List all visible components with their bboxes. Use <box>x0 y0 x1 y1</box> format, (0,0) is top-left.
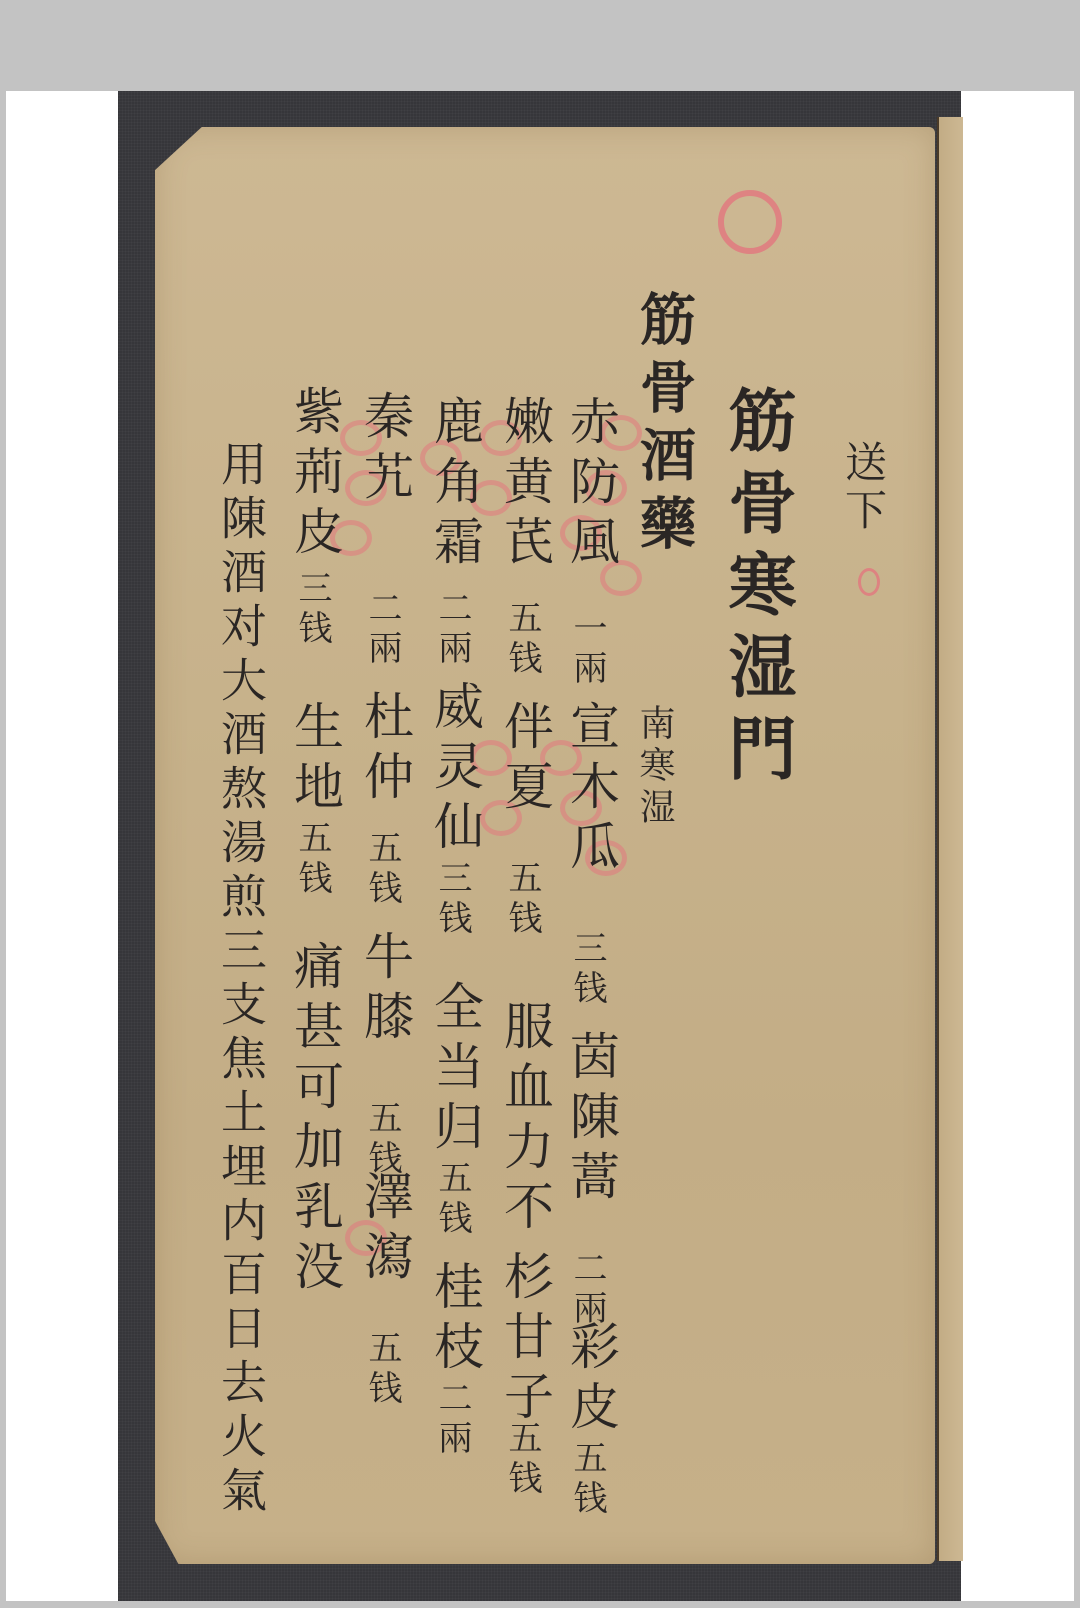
page-title: 筋骨寒湿門 <box>723 385 791 795</box>
ingredient: 威灵仙 <box>430 680 480 860</box>
section-heading: 筋骨酒藥 <box>636 290 692 562</box>
red-circle-seal-icon <box>718 190 782 254</box>
ingredient: 伴夏 <box>500 700 550 820</box>
ingredient: 彩皮 <box>566 1320 616 1440</box>
ingredient-qty: 三钱 <box>570 930 604 1010</box>
ingredient-qty: 二兩 <box>435 1380 469 1460</box>
ingredient: 紫荊皮 <box>290 385 340 565</box>
page-binding-fold <box>937 117 963 1561</box>
ingredient: 宣木瓜 <box>566 700 616 880</box>
ingredient-qty: 二兩 <box>570 1250 604 1330</box>
ingredient: 鹿角霜 <box>430 395 480 575</box>
ingredient: 茵陳蒿 <box>566 1030 616 1210</box>
ingredient: 澤瀉 <box>360 1170 410 1290</box>
red-small-seal-icon <box>858 568 880 596</box>
ingredient: 全当归 <box>430 980 480 1160</box>
ingredient: 杜仲 <box>360 690 410 810</box>
section-subheading: 南寒湿 <box>636 704 672 830</box>
ingredient: 赤防風 <box>566 395 616 575</box>
ingredient-qty: 五钱 <box>435 1160 469 1240</box>
ingredient-qty: 五钱 <box>505 860 539 940</box>
ingredient: 嫩黄芪 <box>500 395 550 575</box>
ingredient: 生地 <box>290 700 340 820</box>
ingredient: 杉甘子 <box>500 1250 550 1430</box>
ingredient-qty: 二兩 <box>365 590 399 670</box>
ingredient-qty: 三钱 <box>295 570 329 650</box>
ingredient-qty: 二兩 <box>435 590 469 670</box>
preparation-instructions: 用陳酒对大酒熬湯煎三支焦土埋内百日去火氣 <box>218 440 264 1520</box>
ingredient: 桂枝 <box>430 1260 480 1380</box>
ingredient-qty: 五钱 <box>570 1440 604 1520</box>
ingredient-qty: 五钱 <box>295 820 329 900</box>
ingredient-qty: 一兩 <box>570 610 604 690</box>
margin-note: 送下 <box>842 440 884 536</box>
ingredient-qty: 五钱 <box>505 600 539 680</box>
ingredient-qty: 五钱 <box>365 1330 399 1410</box>
ingredient-qty: 五钱 <box>505 1420 539 1500</box>
ingredient: 秦艽 <box>360 390 410 510</box>
ingredient-qty: 五钱 <box>365 1100 399 1180</box>
ingredient: 牛膝 <box>360 930 410 1050</box>
ingredient-qty: 三钱 <box>435 860 469 940</box>
ingredient-qty: 五钱 <box>365 830 399 910</box>
ingredient: 痛甚可加乳没 <box>290 940 340 1300</box>
ingredient: 服血力不 <box>500 1000 550 1240</box>
